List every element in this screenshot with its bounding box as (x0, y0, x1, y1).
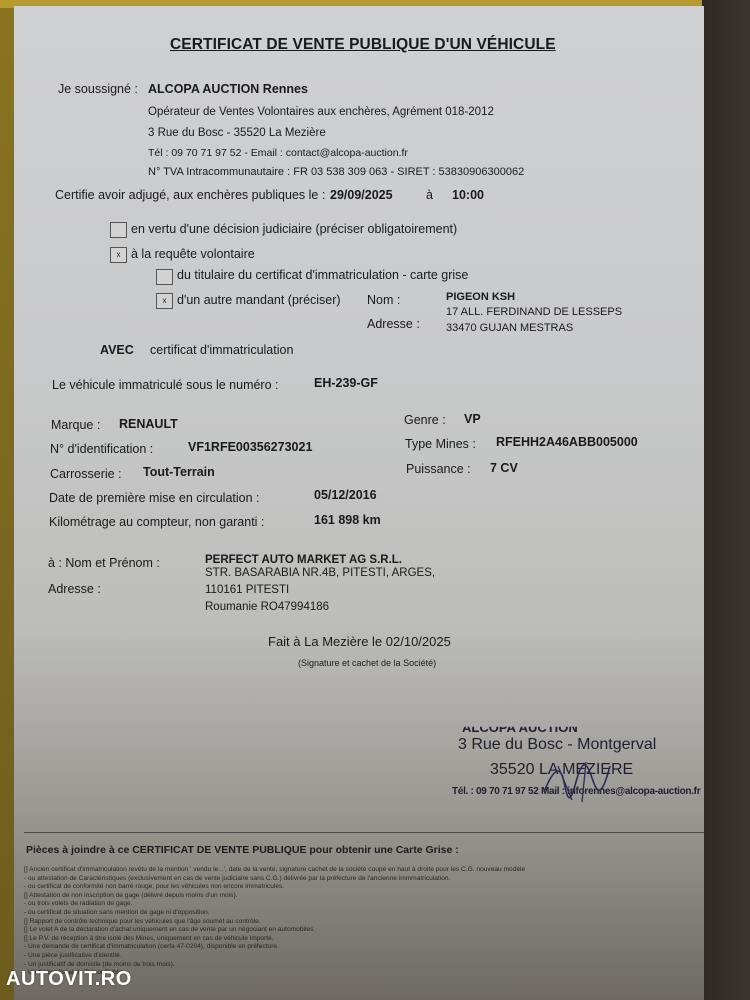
first-registration-value: 05/12/2016 (314, 488, 377, 502)
mandant-adresse-line-1: 17 ALL. FERDINAND DE LESSEPS (446, 306, 622, 318)
seller-contact: Tél : 09 70 71 97 52 - Email : contact@a… (148, 147, 408, 159)
stamp-company: ALCOPA AUCTION (462, 720, 578, 735)
autovit-watermark-logo: AUTOVIT.RO (6, 968, 132, 991)
list-item: - ou certificat de situation sans mentio… (24, 909, 525, 918)
document-title: CERTIFICAT DE VENTE PUBLIQUE D'UN VÉHICU… (170, 36, 556, 54)
checkbox-holder[interactable] (156, 269, 173, 285)
marque-label: Marque : (51, 418, 100, 432)
seller-label: Je soussigné : (58, 82, 138, 96)
list-item: [] Attestation de non inscription de gag… (24, 892, 525, 901)
footer-divider (24, 832, 704, 833)
seller-line-1: Opérateur de Ventes Volontaires aux ench… (148, 106, 494, 118)
mandant-nom-label: Nom : (367, 293, 400, 307)
mileage-value: 161 898 km (314, 513, 381, 527)
seller-address: 3 Rue du Bosc - 35520 La Mezière (148, 127, 326, 139)
first-registration-label: Date de première mise en circulation : (49, 491, 260, 505)
immat-label: Le véhicule immatriculé sous le numéro : (52, 378, 279, 392)
list-item: - Une demande de certificat d'immatricul… (24, 943, 525, 952)
signature-note: (Signature et cachet de la Société) (298, 658, 436, 668)
list-item: - Une pièce justificative d'identité. (24, 952, 525, 961)
mileage-label: Kilométrage au compteur, non garanti : (49, 515, 264, 529)
type-mines-value: RFEHH2A46ABB005000 (496, 435, 638, 449)
adjudication-time: 10:00 (452, 188, 484, 202)
checkbox-voluntary[interactable]: x (110, 247, 127, 263)
buyer-adresse-label: Adresse : (48, 582, 101, 596)
certificate-paper: CERTIFICAT DE VENTE PUBLIQUE D'UN VÉHICU… (14, 6, 704, 1000)
option-holder-label: du titulaire du certificat d'immatricula… (177, 268, 468, 282)
adjudication-at: à (426, 188, 433, 202)
required-documents-list: [] Ancien certificat d'immatriculation r… (24, 866, 525, 978)
list-item: - ou trois volets de radiation de gage. (24, 900, 525, 909)
puissance-value: 7 CV (490, 461, 518, 475)
adjudication-label: Certifie avoir adjugé, aux enchères publ… (55, 188, 325, 202)
option-judicial-label: en vertu d'une décision judiciaire (préc… (131, 222, 457, 236)
list-item: - ou attestation de Caractéristiques (ex… (24, 875, 525, 884)
buyer-nom: PERFECT AUTO MARKET AG S.R.L. (205, 554, 402, 566)
immat-value: EH-239-GF (314, 376, 378, 390)
mandant-adresse-line-2: 33470 GUJAN MESTRAS (446, 322, 573, 334)
buyer-adresse-line-2: 110161 PITESTI (205, 584, 289, 596)
carrosserie-label: Carrosserie : (50, 467, 122, 481)
option-voluntary-label: à la requête volontaire (131, 247, 255, 261)
vin-value: VF1RFE00356273021 (188, 440, 312, 454)
avec-label: AVEC (100, 343, 134, 357)
vin-label: N° d'identification : (50, 442, 153, 456)
background-dark-surface (702, 0, 750, 1000)
list-item: - ou certificat de conformité non barré … (24, 883, 525, 892)
list-item: [] Le P.V. de réception à titre isolé de… (24, 935, 525, 944)
handwritten-signature-icon (542, 752, 612, 808)
genre-value: VP (464, 412, 481, 426)
carrosserie-value: Tout-Terrain (143, 465, 215, 479)
list-item: [] Ancien certificat d'immatriculation r… (24, 866, 525, 875)
list-item: [] Le volet A de la déclaration d'achat … (24, 926, 525, 935)
mandant-adresse-label: Adresse : (367, 317, 420, 331)
checkbox-judicial[interactable] (110, 222, 127, 238)
buyer-adresse-line-1: STR. BASARABIA NR.4B, PITESTI, ARGES, (205, 567, 435, 579)
list-item: [] Rapport de contrôle technique pour le… (24, 918, 525, 927)
option-other-mandant-label: d'un autre mandant (préciser) (177, 293, 341, 307)
genre-label: Genre : (404, 413, 446, 427)
footer-title: Pièces à joindre à ce CERTIFICAT DE VENT… (26, 844, 459, 856)
avec-value: certificat d'immatriculation (150, 343, 293, 357)
buyer-adresse-line-3: Roumanie RO47994186 (205, 601, 329, 613)
marque-value: RENAULT (119, 417, 178, 431)
seller-tva-siret: N° TVA Intracommunautaire : FR 03 538 30… (148, 166, 524, 178)
puissance-label: Puissance : (406, 462, 471, 476)
checkbox-other-mandant[interactable]: x (156, 293, 173, 309)
mandant-nom: PIGEON KSH (446, 291, 515, 303)
seller-name: ALCOPA AUCTION Rennes (148, 82, 308, 96)
type-mines-label: Type Mines : (405, 437, 476, 451)
adjudication-date: 29/09/2025 (330, 188, 393, 202)
fait-a-le: Fait à La Mezière le 02/10/2025 (268, 634, 451, 649)
buyer-nom-label: à : Nom et Prénom : (48, 556, 160, 570)
